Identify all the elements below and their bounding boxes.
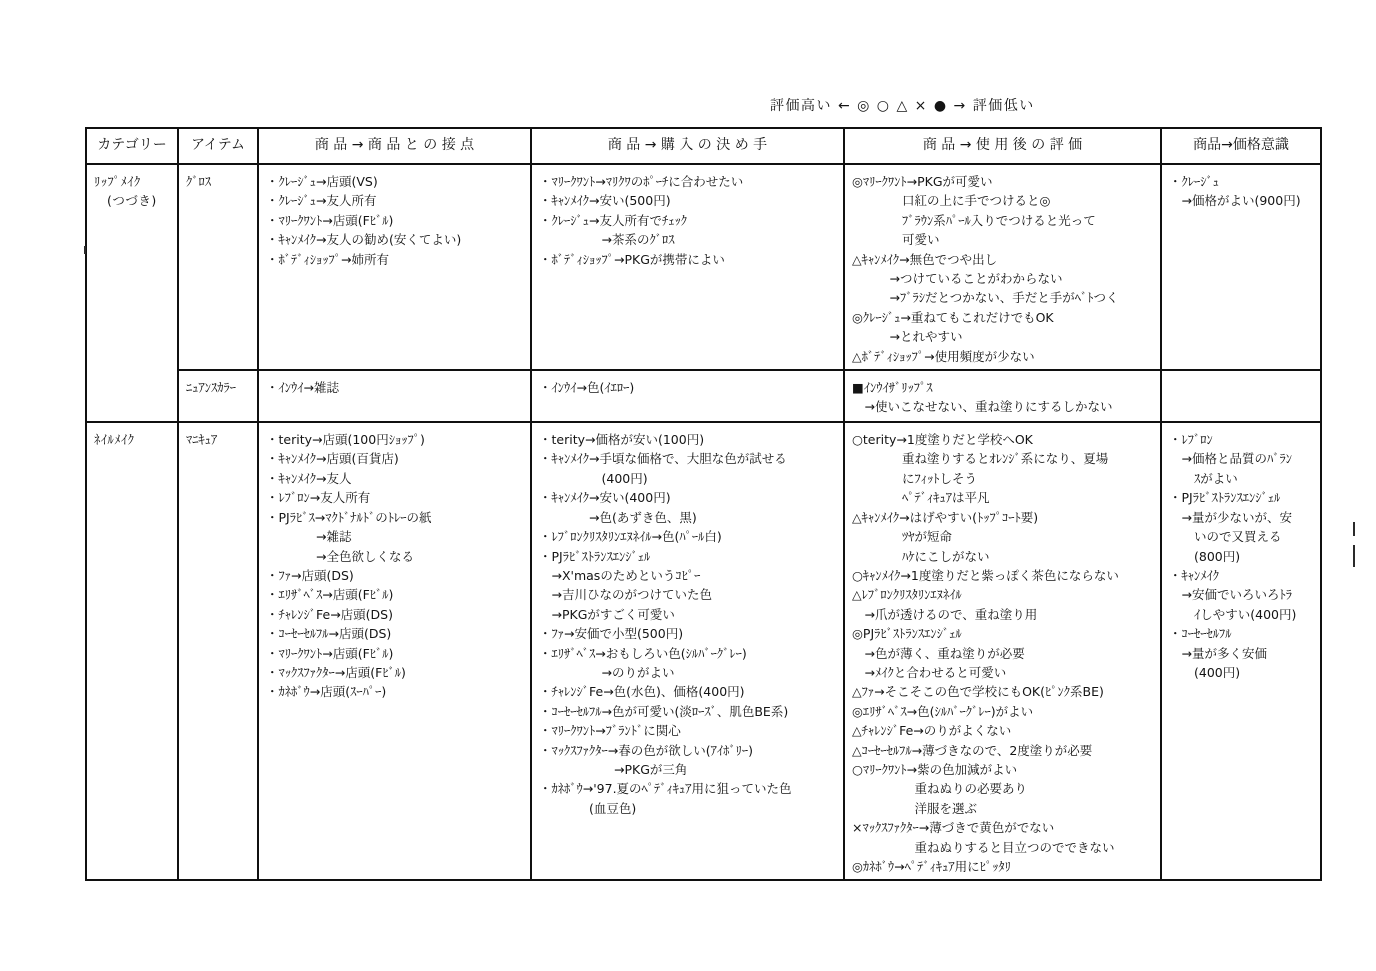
category-cell-lip-make: ﾘｯﾌﾟﾒｲｸ (つづき) <box>86 164 178 422</box>
scan-noise-mark <box>1353 545 1355 567</box>
table-row-nuance-color: ﾆｭｱﾝｽｶﾗｰ ・ｲﾝｳｲ→雑誌 ・ｲﾝｳｲ→色(ｲｴﾛｰ) ■ｲﾝｳｲｻﾞﾘ… <box>86 370 1321 422</box>
product-evaluation-table: カテゴリー アイテム 商 品 → 商 品 と の 接 点 商 品 → 購 入 の… <box>85 127 1322 881</box>
rating-scale-legend: 評価高い ← ◎ ○ △ × ● → 評価低い <box>770 95 1035 115</box>
contact-cell-nuance: ・ｲﾝｳｲ→雑誌 <box>258 370 531 422</box>
price-cell-gloss: ・ｸﾚｰｼﾞｭ →価格がよい(900円) <box>1161 164 1321 370</box>
header-post-use-evaluation: 商 品 → 使 用 後 の 評 価 <box>844 128 1161 164</box>
evaluation-cell-manicure: ○terity→1度塗りだと学校へOK 重ね塗りするとｵﾚﾝｼﾞ系になり、夏場 … <box>844 422 1161 880</box>
contact-cell-gloss: ・ｸﾚｰｼﾞｭ→店頭(VS)・ｸﾚｰｼﾞｭ→友人所有・ﾏﾘｰｸﾜﾝﾄ→店頭(Fﾋ… <box>258 164 531 370</box>
header-contact: 商 品 → 商 品 と の 接 点 <box>258 128 531 164</box>
table-row-lip-gloss: ﾘｯﾌﾟﾒｲｸ (つづき) ｸﾞﾛｽ ・ｸﾚｰｼﾞｭ→店頭(VS)・ｸﾚｰｼﾞｭ… <box>86 164 1321 370</box>
header-purchase-decision: 商 品 → 購 入 の 決 め 手 <box>531 128 844 164</box>
item-cell-nuance-color: ﾆｭｱﾝｽｶﾗｰ <box>178 370 258 422</box>
header-category: カテゴリー <box>86 128 178 164</box>
evaluation-cell-gloss: ◎ﾏﾘｰｸﾜﾝﾄ→PKGが可愛い 口紅の上に手でつけると◎ ﾌﾞﾗｳﾝ系ﾊﾟｰﾙ… <box>844 164 1161 370</box>
table-row-nail-manicure: ﾈｲﾙﾒｲｸ ﾏﾆｷｭｱ ・terity→店頭(100円ｼｮｯﾌﾟ)・ｷｬﾝﾒｲ… <box>86 422 1321 880</box>
price-cell-nuance <box>1161 370 1321 422</box>
contact-cell-manicure: ・terity→店頭(100円ｼｮｯﾌﾟ)・ｷｬﾝﾒｲｸ→店頭(百貨店)・ｷｬﾝ… <box>258 422 531 880</box>
header-price-awareness: 商品→価格意識 <box>1161 128 1321 164</box>
scanned-document-page: 評価高い ← ◎ ○ △ × ● → 評価低い カテゴリー アイテム 商 品 →… <box>0 0 1376 971</box>
header-item: アイテム <box>178 128 258 164</box>
decision-cell-nuance: ・ｲﾝｳｲ→色(ｲｴﾛｰ) <box>531 370 844 422</box>
scan-noise-mark <box>84 246 86 254</box>
evaluation-cell-nuance: ■ｲﾝｳｲｻﾞﾘｯﾌﾟｽ →使いこなせない、重ね塗りにするしかない <box>844 370 1161 422</box>
table-header-row: カテゴリー アイテム 商 品 → 商 品 と の 接 点 商 品 → 購 入 の… <box>86 128 1321 164</box>
item-cell-manicure: ﾏﾆｷｭｱ <box>178 422 258 880</box>
decision-cell-manicure: ・terity→価格が安い(100円)・ｷｬﾝﾒｲｸ→手頃な価格で、大胆な色が試… <box>531 422 844 880</box>
scan-noise-mark <box>1353 522 1355 536</box>
category-cell-nail-make: ﾈｲﾙﾒｲｸ <box>86 422 178 880</box>
decision-cell-gloss: ・ﾏﾘｰｸﾜﾝﾄ→ﾏﾘｸﾜのﾎﾟｰﾁに合わせたい・ｷｬﾝﾒｲｸ→安い(500円)… <box>531 164 844 370</box>
price-cell-manicure: ・ﾚﾌﾞﾛﾝ →価格と品質のﾊﾞﾗﾝ ｽがよい・PJﾗﾋﾞｽﾄﾗﾝｽｴﾝｼﾞｪﾙ… <box>1161 422 1321 880</box>
item-cell-gloss: ｸﾞﾛｽ <box>178 164 258 370</box>
